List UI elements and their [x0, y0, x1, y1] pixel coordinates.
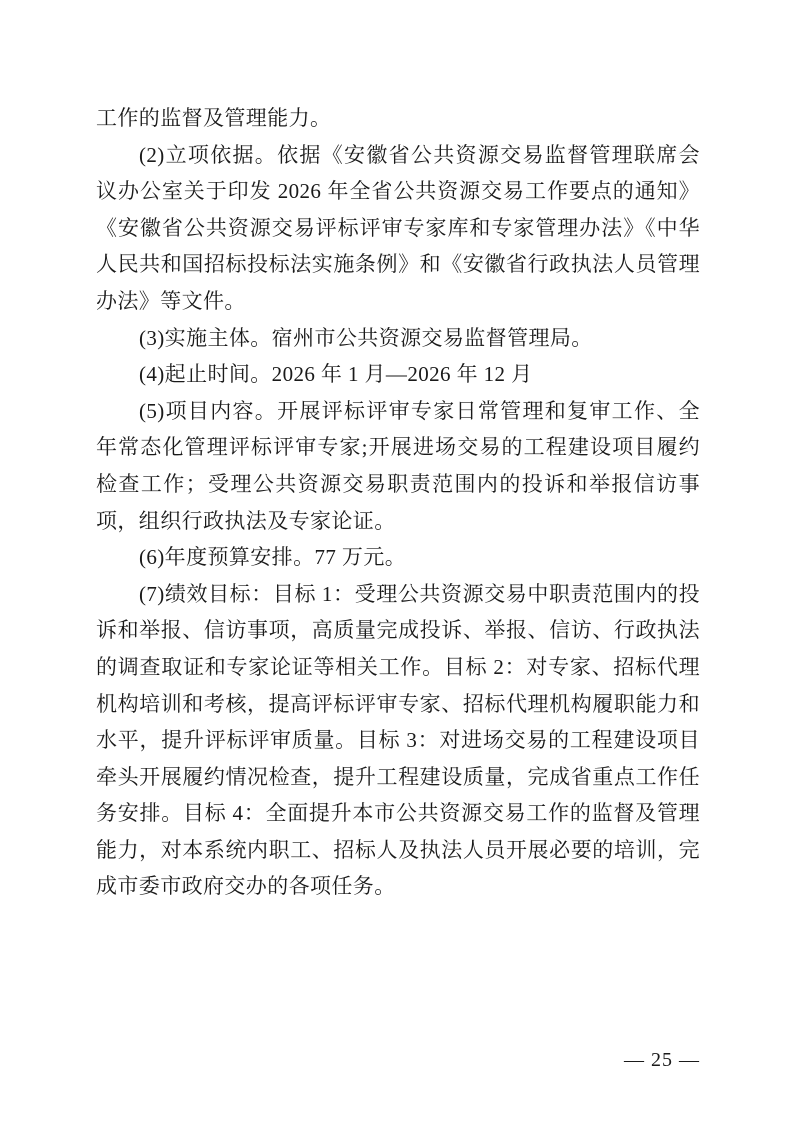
- text-line: 牵头开展履约情况检查，提升工程建设质量，完成省重点工作任: [96, 759, 700, 796]
- text-line: 《安徽省公共资源交易评标评审专家库和专家管理办法》《中华: [96, 210, 700, 247]
- document-body: 工作的监督及管理能力。(2)立项依据。依据《安徽省公共资源交易监督管理联席会议办…: [96, 100, 700, 905]
- text-line: (7)绩效目标：目标 1：受理公共资源交易中职责范围内的投: [96, 576, 700, 613]
- text-line: 人民共和国招标投标法实施条例》和《安徽省行政执法人员管理: [96, 246, 700, 283]
- text-line: (6)年度预算安排。77 万元。: [96, 539, 700, 576]
- document-page: 工作的监督及管理能力。(2)立项依据。依据《安徽省公共资源交易监督管理联席会议办…: [0, 0, 793, 1122]
- text-line: (5)项目内容。开展评标评审专家日常管理和复审工作、全: [96, 393, 700, 430]
- page-footer: — 25 —: [624, 1046, 700, 1074]
- text-line: 的调查取证和专家论证等相关工作。目标 2：对专家、招标代理: [96, 649, 700, 686]
- text-line: (4)起止时间。2026 年 1 月—2026 年 12 月: [96, 356, 700, 393]
- text-line: 项，组织行政执法及专家论证。: [96, 503, 700, 540]
- page-number: — 25 —: [624, 1049, 700, 1071]
- text-line: 检查工作；受理公共资源交易职责范围内的投诉和举报信访事: [96, 466, 700, 503]
- text-line: (3)实施主体。宿州市公共资源交易监督管理局。: [96, 320, 700, 357]
- text-line: (2)立项依据。依据《安徽省公共资源交易监督管理联席会: [96, 137, 700, 174]
- text-line: 议办公室关于印发 2026 年全省公共资源交易工作要点的通知》: [96, 173, 700, 210]
- text-line: 水平，提升评标评审质量。目标 3：对进场交易的工程建设项目: [96, 722, 700, 759]
- text-line: 诉和举报、信访事项，高质量完成投诉、举报、信访、行政执法: [96, 612, 700, 649]
- text-line: 成市委市政府交办的各项任务。: [96, 868, 700, 905]
- text-line: 办法》等文件。: [96, 283, 700, 320]
- text-line: 年常态化管理评标评审专家;开展进场交易的工程建设项目履约: [96, 429, 700, 466]
- text-line: 工作的监督及管理能力。: [96, 100, 700, 137]
- text-line: 能力，对本系统内职工、招标人及执法人员开展必要的培训，完: [96, 832, 700, 869]
- text-line: 机构培训和考核，提高评标评审专家、招标代理机构履职能力和: [96, 686, 700, 723]
- text-line: 务安排。目标 4：全面提升本市公共资源交易工作的监督及管理: [96, 795, 700, 832]
